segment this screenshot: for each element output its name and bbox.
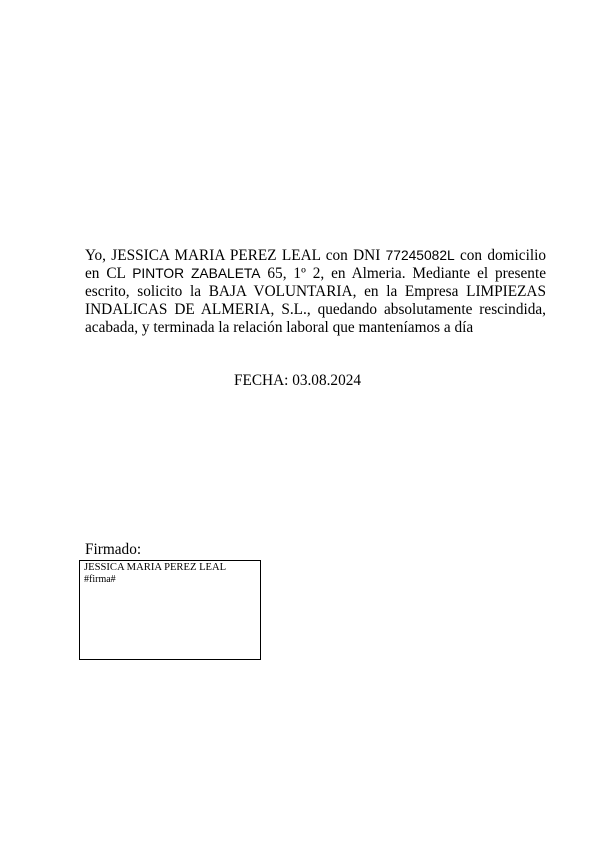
- signer-name: JESSICA MARIA PEREZ LEAL: [84, 562, 256, 574]
- document-page: Yo, JESSICA MARIA PEREZ LEAL con DNI 772…: [0, 0, 595, 841]
- paragraph-intro: Yo, JESSICA MARIA PEREZ LEAL con DNI: [85, 247, 386, 264]
- date-line: FECHA: 03.08.2024: [0, 372, 595, 390]
- dni-number: 77245082L: [386, 248, 455, 263]
- street-name: PINTOR ZABALETA: [132, 266, 260, 281]
- signed-label: Firmado:: [85, 541, 141, 559]
- signature-placeholder: #firma#: [84, 574, 256, 586]
- resignation-paragraph: Yo, JESSICA MARIA PEREZ LEAL con DNI 772…: [85, 247, 546, 337]
- date-text: FECHA: 03.08.2024: [234, 372, 361, 390]
- signature-box[interactable]: JESSICA MARIA PEREZ LEAL #firma#: [79, 560, 261, 660]
